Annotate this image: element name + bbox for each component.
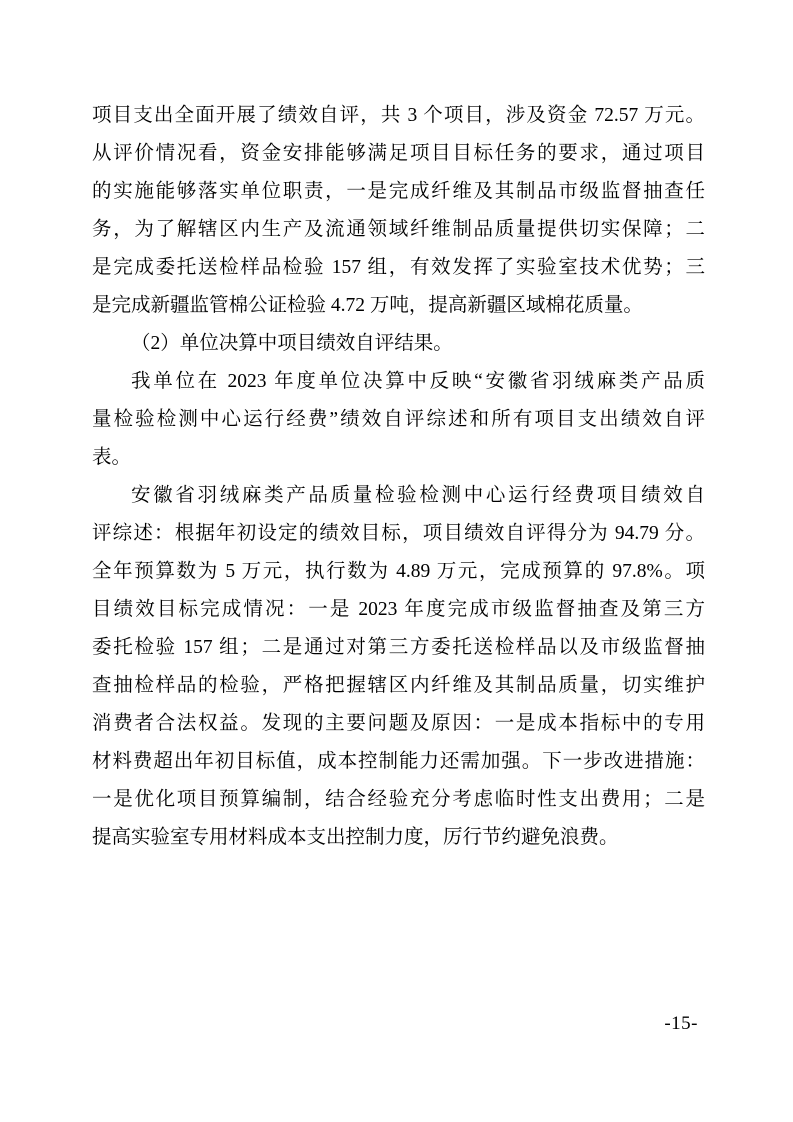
page-number: -15-: [664, 1010, 698, 1038]
text-line: 一是优化项目预算编制，结合经验充分考虑临时性支出费用；二是: [92, 781, 705, 819]
text-line: 的实施能够落实单位职责，一是完成纤维及其制品市级监督抽查任: [92, 173, 705, 211]
text-line: 评综述：根据年初设定的绩效目标，项目绩效自评得分为 94.79 分。: [92, 515, 705, 553]
text-line: 委托检验 157 组；二是通过对第三方委托送检样品以及市级监督抽: [92, 629, 705, 667]
text-line: 项目支出全面开展了绩效自评，共 3 个项目，涉及资金 72.57 万元。: [92, 97, 705, 135]
text-line: 查抽检样品的检验，严格把握辖区内纤维及其制品质量，切实维护: [92, 667, 705, 705]
text-line: 量检验检测中心运行经费”绩效自评综述和所有项目支出绩效自评: [92, 401, 705, 439]
text-line: 提高实验室专用材料成本支出控制力度，厉行节约避免浪费。: [92, 819, 705, 857]
text-line: 我单位在 2023 年度单位决算中反映“安徽省羽绒麻类产品质: [92, 363, 705, 401]
document-page: 项目支出全面开展了绩效自评，共 3 个项目，涉及资金 72.57 万元。 从评价…: [0, 0, 793, 1122]
text-line: 消费者合法权益。发现的主要问题及原因：一是成本指标中的专用: [92, 705, 705, 743]
text-line: 安徽省羽绒麻类产品质量检验检测中心运行经费项目绩效自: [92, 477, 705, 515]
text-line: 全年预算数为 5 万元，执行数为 4.89 万元，完成预算的 97.8%。项: [92, 553, 705, 591]
text-line: 表。: [92, 439, 705, 477]
section-heading: （2）单位决算中项目绩效自评结果。: [92, 325, 705, 363]
text-line: 务，为了解辖区内生产及流通领域纤维制品质量提供切实保障；二: [92, 211, 705, 249]
text-line: 目绩效目标完成情况：一是 2023 年度完成市级监督抽查及第三方: [92, 591, 705, 629]
text-line: 是完成新疆监管棉公证检验 4.72 万吨，提高新疆区域棉花质量。: [92, 287, 705, 325]
text-line: 从评价情况看，资金安排能够满足项目目标任务的要求，通过项目: [92, 135, 705, 173]
document-body: 项目支出全面开展了绩效自评，共 3 个项目，涉及资金 72.57 万元。 从评价…: [92, 97, 705, 857]
text-line: 材料费超出年初目标值，成本控制能力还需加强。下一步改进措施：: [92, 743, 705, 781]
text-line: 是完成委托送检样品检验 157 组，有效发挥了实验室技术优势；三: [92, 249, 705, 287]
